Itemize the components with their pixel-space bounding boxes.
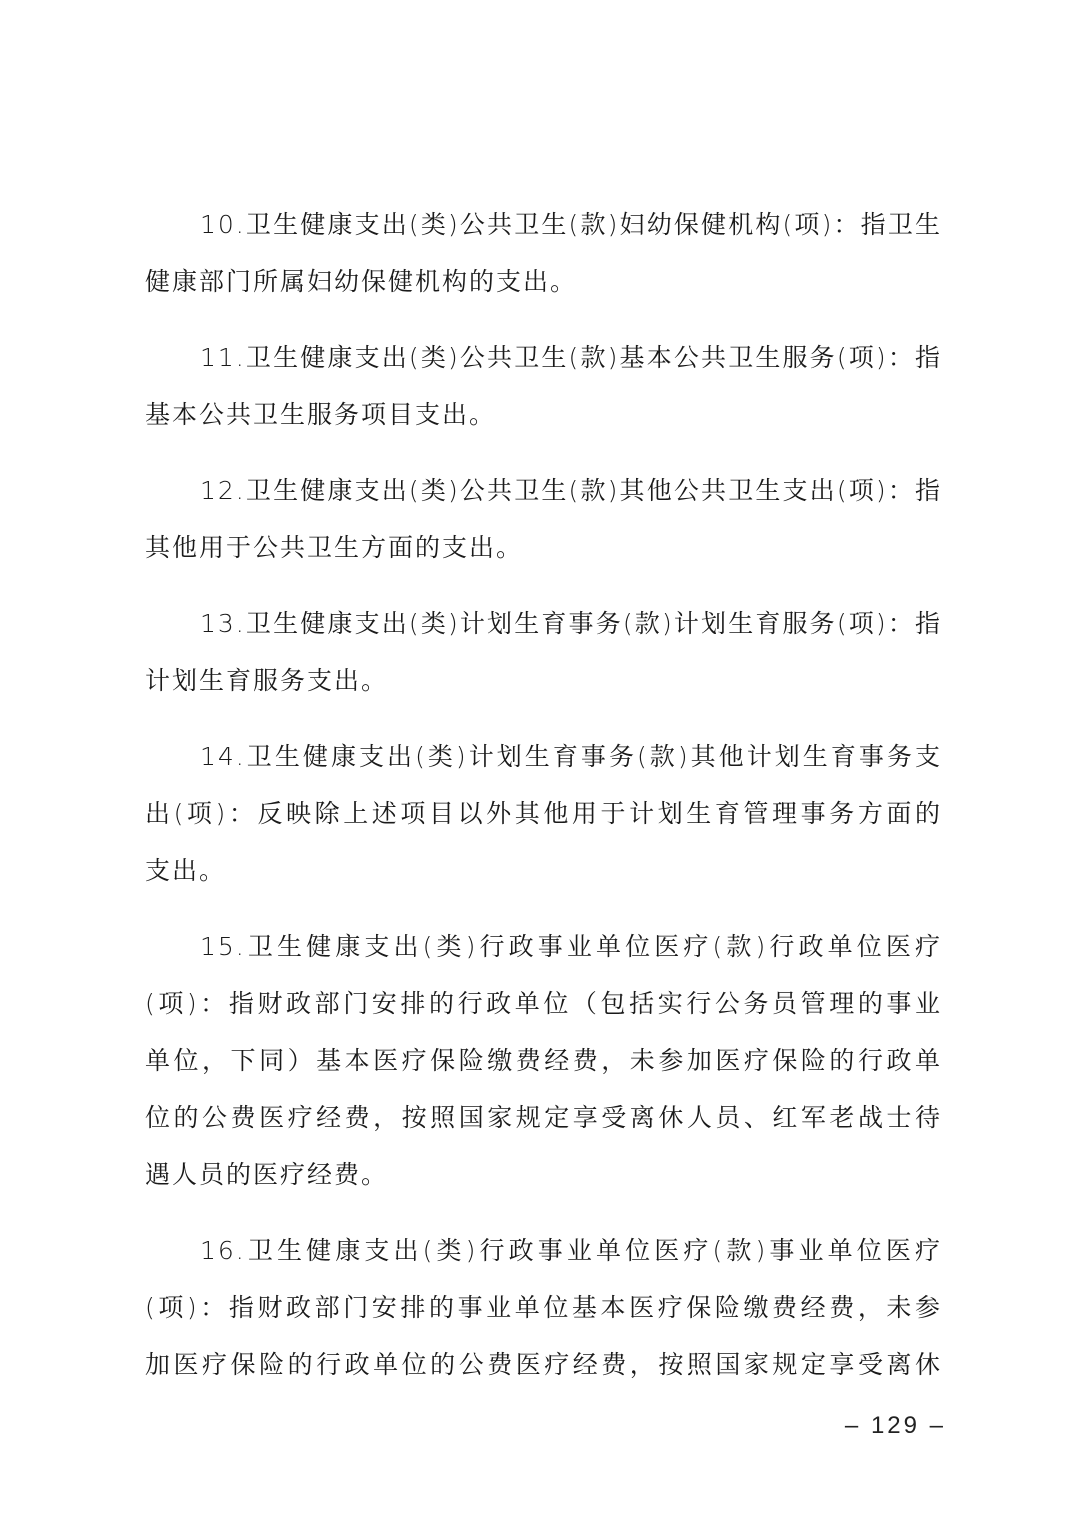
- paragraph-line: 加医疗保险的行政单位的公费医疗经费，按照国家规定享受离休: [145, 1336, 942, 1393]
- paragraph-11: 11.卫生健康支出(类)公共卫生(款)基本公共卫生服务(项)：指 基本公共卫生服…: [145, 329, 942, 443]
- paragraph-line: 支出。: [145, 842, 942, 899]
- paragraph-13: 13.卫生健康支出(类)计划生育事务(款)计划生育服务(项)：指 计划生育服务支…: [145, 595, 942, 709]
- paragraph-line: 16.卫生健康支出(类)行政事业单位医疗(款)事业单位医疗: [145, 1222, 942, 1279]
- document-page: 10.卫生健康支出(类)公共卫生(款)妇幼保健机构(项)：指卫生 健康部门所属妇…: [0, 0, 1074, 1520]
- paragraph-line: 14.卫生健康支出(类)计划生育事务(款)其他计划生育事务支: [145, 728, 942, 785]
- paragraph-line: 其他用于公共卫生方面的支出。: [145, 519, 942, 576]
- page-number: – 129 –: [845, 1412, 946, 1440]
- paragraph-line: 遇人员的医疗经费。: [145, 1146, 942, 1203]
- paragraph-line: 12.卫生健康支出(类)公共卫生(款)其他公共卫生支出(项)：指: [145, 462, 942, 519]
- paragraph-line: 13.卫生健康支出(类)计划生育事务(款)计划生育服务(项)：指: [145, 595, 942, 652]
- paragraph-line: 位的公费医疗经费，按照国家规定享受离休人员、红军老战士待: [145, 1089, 942, 1146]
- paragraph-line: 15.卫生健康支出(类)行政事业单位医疗(款)行政单位医疗: [145, 918, 942, 975]
- paragraph-line: (项)：指财政部门安排的事业单位基本医疗保险缴费经费，未参: [145, 1279, 942, 1336]
- paragraph-line: 计划生育服务支出。: [145, 652, 942, 709]
- paragraph-line: 11.卫生健康支出(类)公共卫生(款)基本公共卫生服务(项)：指: [145, 329, 942, 386]
- paragraph-12: 12.卫生健康支出(类)公共卫生(款)其他公共卫生支出(项)：指 其他用于公共卫…: [145, 462, 942, 576]
- paragraph-15: 15.卫生健康支出(类)行政事业单位医疗(款)行政单位医疗 (项)：指财政部门安…: [145, 918, 942, 1203]
- paragraph-10: 10.卫生健康支出(类)公共卫生(款)妇幼保健机构(项)：指卫生 健康部门所属妇…: [145, 196, 942, 310]
- paragraph-16: 16.卫生健康支出(类)行政事业单位医疗(款)事业单位医疗 (项)：指财政部门安…: [145, 1222, 942, 1393]
- paragraph-line: 基本公共卫生服务项目支出。: [145, 386, 942, 443]
- paragraph-line: 单位，下同）基本医疗保险缴费经费，未参加医疗保险的行政单: [145, 1032, 942, 1089]
- paragraph-14: 14.卫生健康支出(类)计划生育事务(款)其他计划生育事务支 出(项)：反映除上…: [145, 728, 942, 899]
- paragraph-line: 出(项)：反映除上述项目以外其他用于计划生育管理事务方面的: [145, 785, 942, 842]
- paragraph-line: (项)：指财政部门安排的行政单位（包括实行公务员管理的事业: [145, 975, 942, 1032]
- paragraph-line: 健康部门所属妇幼保健机构的支出。: [145, 253, 942, 310]
- document-body: 10.卫生健康支出(类)公共卫生(款)妇幼保健机构(项)：指卫生 健康部门所属妇…: [145, 196, 942, 1412]
- paragraph-line: 10.卫生健康支出(类)公共卫生(款)妇幼保健机构(项)：指卫生: [145, 196, 942, 253]
